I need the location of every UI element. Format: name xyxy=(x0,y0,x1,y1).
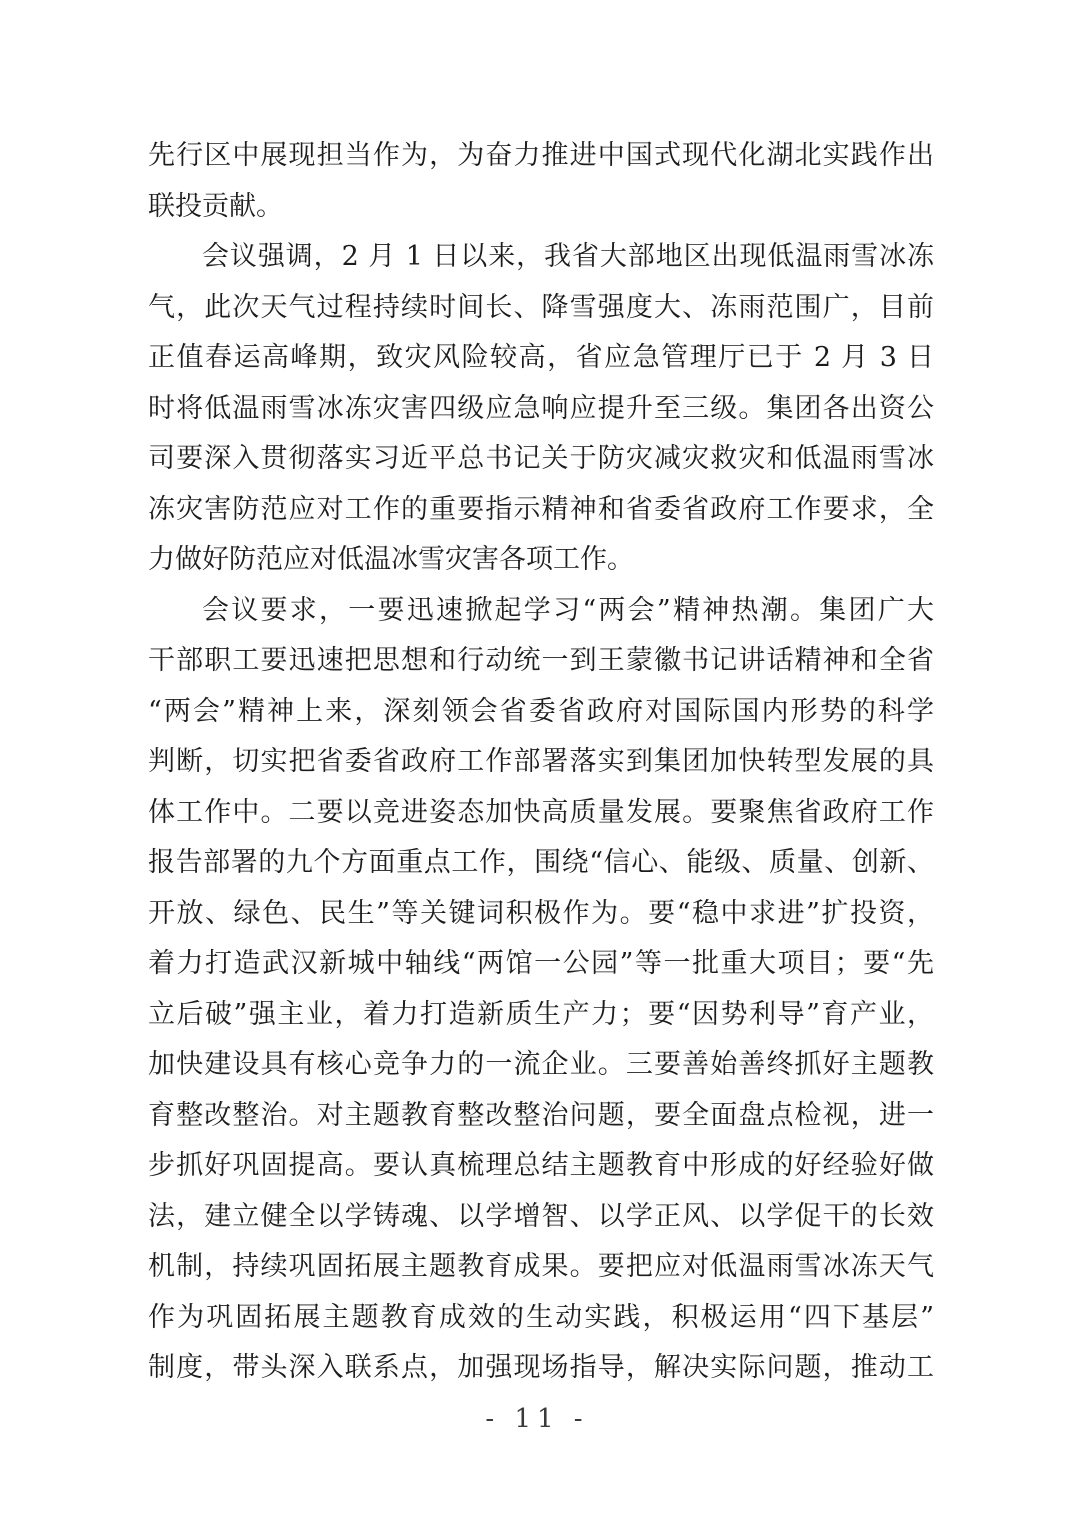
text-line: 育整改整治。对主题教育整改整治问题，要全面盘点检视，进一 xyxy=(148,1091,934,1142)
text-line: “两会”精神上来，深刻领会省委省政府对国际国内形势的科学 xyxy=(148,687,934,738)
text-line: 加快建设具有核心竞争力的一流企业。三要善始善终抓好主题教 xyxy=(148,1040,934,1091)
text-line: 先行区中展现担当作为，为奋力推进中国式现代化湖北实践作出 xyxy=(148,131,934,182)
text-line: 制度，带头深入联系点，加强现场指导，解决实际问题，推动工 xyxy=(148,1343,934,1394)
text-line: 气，此次天气过程持续时间长、降雪强度大、冻雨范围广，目前 xyxy=(148,283,934,334)
text-line: 着力打造武汉新城中轴线“两馆一公园”等一批重大项目；要“先 xyxy=(148,939,934,990)
paragraph: 先行区中展现担当作为，为奋力推进中国式现代化湖北实践作出联投贡献。 xyxy=(148,131,934,232)
text-line: 报告部署的九个方面重点工作，围绕“信心、能级、质量、创新、 xyxy=(148,838,934,889)
paragraph: 会议强调，2 月 1 日以来，我省大部地区出现低温雨雪冰冻天气，此次天气过程持续… xyxy=(148,232,934,586)
text-line: 时将低温雨雪冰冻灾害四级应急响应提升至三级。集团各出资公 xyxy=(148,384,934,435)
text-line: 步抓好巩固提高。要认真梳理总结主题教育中形成的好经验好做 xyxy=(148,1141,934,1192)
text-line: 司要深入贯彻落实习近平总书记关于防灾减灾救灾和低温雨雪冰 xyxy=(148,434,934,485)
text-line: 会议要求，一要迅速掀起学习“两会”精神热潮。集团广大 xyxy=(148,586,934,637)
text-line: 冻灾害防范应对工作的重要指示精神和省委省政府工作要求，全 xyxy=(148,485,934,536)
text-line: 判断，切实把省委省政府工作部署落实到集团加快转型发展的具 xyxy=(148,737,934,788)
text-line: 法，建立健全以学铸魂、以学增智、以学正风、以学促干的长效 xyxy=(148,1192,934,1243)
text-line: 干部职工要迅速把思想和行动统一到王蒙徽书记讲话精神和全省 xyxy=(148,636,934,687)
page-number: - 11 - xyxy=(0,1404,1074,1434)
text-line: 正值春运高峰期，致灾风险较高，省应急管理厅已于 2 月 3 日 10 xyxy=(148,333,934,384)
text-line: 立后破”强主业，着力打造新质生产力；要“因势利导”育产业， xyxy=(148,990,934,1041)
text-line: 开放、绿色、民生”等关键词积极作为。要“稳中求进”扩投资， xyxy=(148,889,934,940)
document-page: 先行区中展现担当作为，为奋力推进中国式现代化湖北实践作出联投贡献。会议强调，2 … xyxy=(0,0,1074,1520)
text-line: 体工作中。二要以竞进姿态加快高质量发展。要聚焦省政府工作 xyxy=(148,788,934,839)
text-line: 会议强调，2 月 1 日以来，我省大部地区出现低温雨雪冰冻天 xyxy=(148,232,934,283)
text-line: 作为巩固拓展主题教育成效的生动实践，积极运用“四下基层” xyxy=(148,1293,934,1344)
text-line: 联投贡献。 xyxy=(148,182,934,233)
document-body: 先行区中展现担当作为，为奋力推进中国式现代化湖北实践作出联投贡献。会议强调，2 … xyxy=(148,131,934,1394)
text-line: 机制，持续巩固拓展主题教育成果。要把应对低温雨雪冰冻天气 xyxy=(148,1242,934,1293)
text-line: 力做好防范应对低温冰雪灾害各项工作。 xyxy=(148,535,934,586)
paragraph: 会议要求，一要迅速掀起学习“两会”精神热潮。集团广大干部职工要迅速把思想和行动统… xyxy=(148,586,934,1394)
